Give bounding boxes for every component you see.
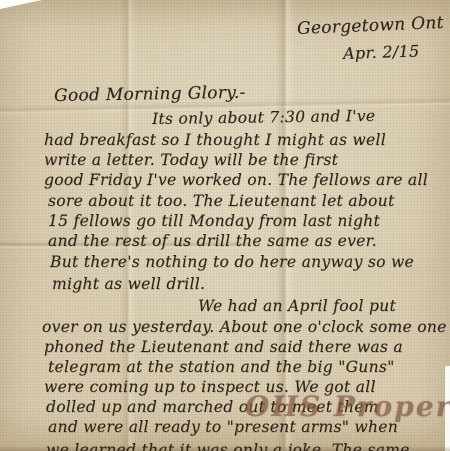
letter-line: and the rest of us drill the same as eve… bbox=[48, 232, 377, 250]
letter-line: write a letter. Today will be the first bbox=[44, 151, 338, 169]
letter-line: were coming up to inspect us. We got all bbox=[44, 378, 376, 396]
letter-line: over on us yesterday. About one o'clock … bbox=[42, 318, 447, 336]
letter-line: sore about it too. The Lieutenant let ab… bbox=[48, 192, 395, 210]
letter-line: We had an April fool put bbox=[198, 297, 396, 315]
salutation: Good Morning Glory.- bbox=[54, 83, 246, 106]
scanner-bed-corner bbox=[0, 0, 42, 9]
letter-line: telegram at the station and the big "Gun… bbox=[48, 358, 395, 376]
letter-line: might as well drill. bbox=[52, 275, 205, 293]
heading-date: Apr. 2/15 bbox=[343, 41, 420, 63]
letter-line: Its only about 7:30 and I've bbox=[152, 107, 376, 128]
letter-line: But there's nothing to do here anyway so… bbox=[50, 253, 414, 271]
letter-line: dolled up and marched out to meet them bbox=[46, 398, 379, 416]
letter-line: good Friday I've worked on. The fellows … bbox=[44, 171, 428, 189]
letter-scan: Georgetown Ont Apr. 2/15 Good Morning Gl… bbox=[0, 0, 450, 451]
letter-line: and were all ready to "present arms" whe… bbox=[48, 418, 398, 436]
letter-line-partial: we learned that it was only a joke. The … bbox=[46, 441, 410, 451]
letter-line: had breakfast so I thought I might as we… bbox=[44, 131, 386, 149]
letter-line: 15 fellows go till Monday from last nigh… bbox=[48, 212, 380, 230]
scanner-bed-right-edge bbox=[445, 366, 450, 451]
letter-line: phoned the Lieutenant and said there was… bbox=[44, 338, 403, 356]
